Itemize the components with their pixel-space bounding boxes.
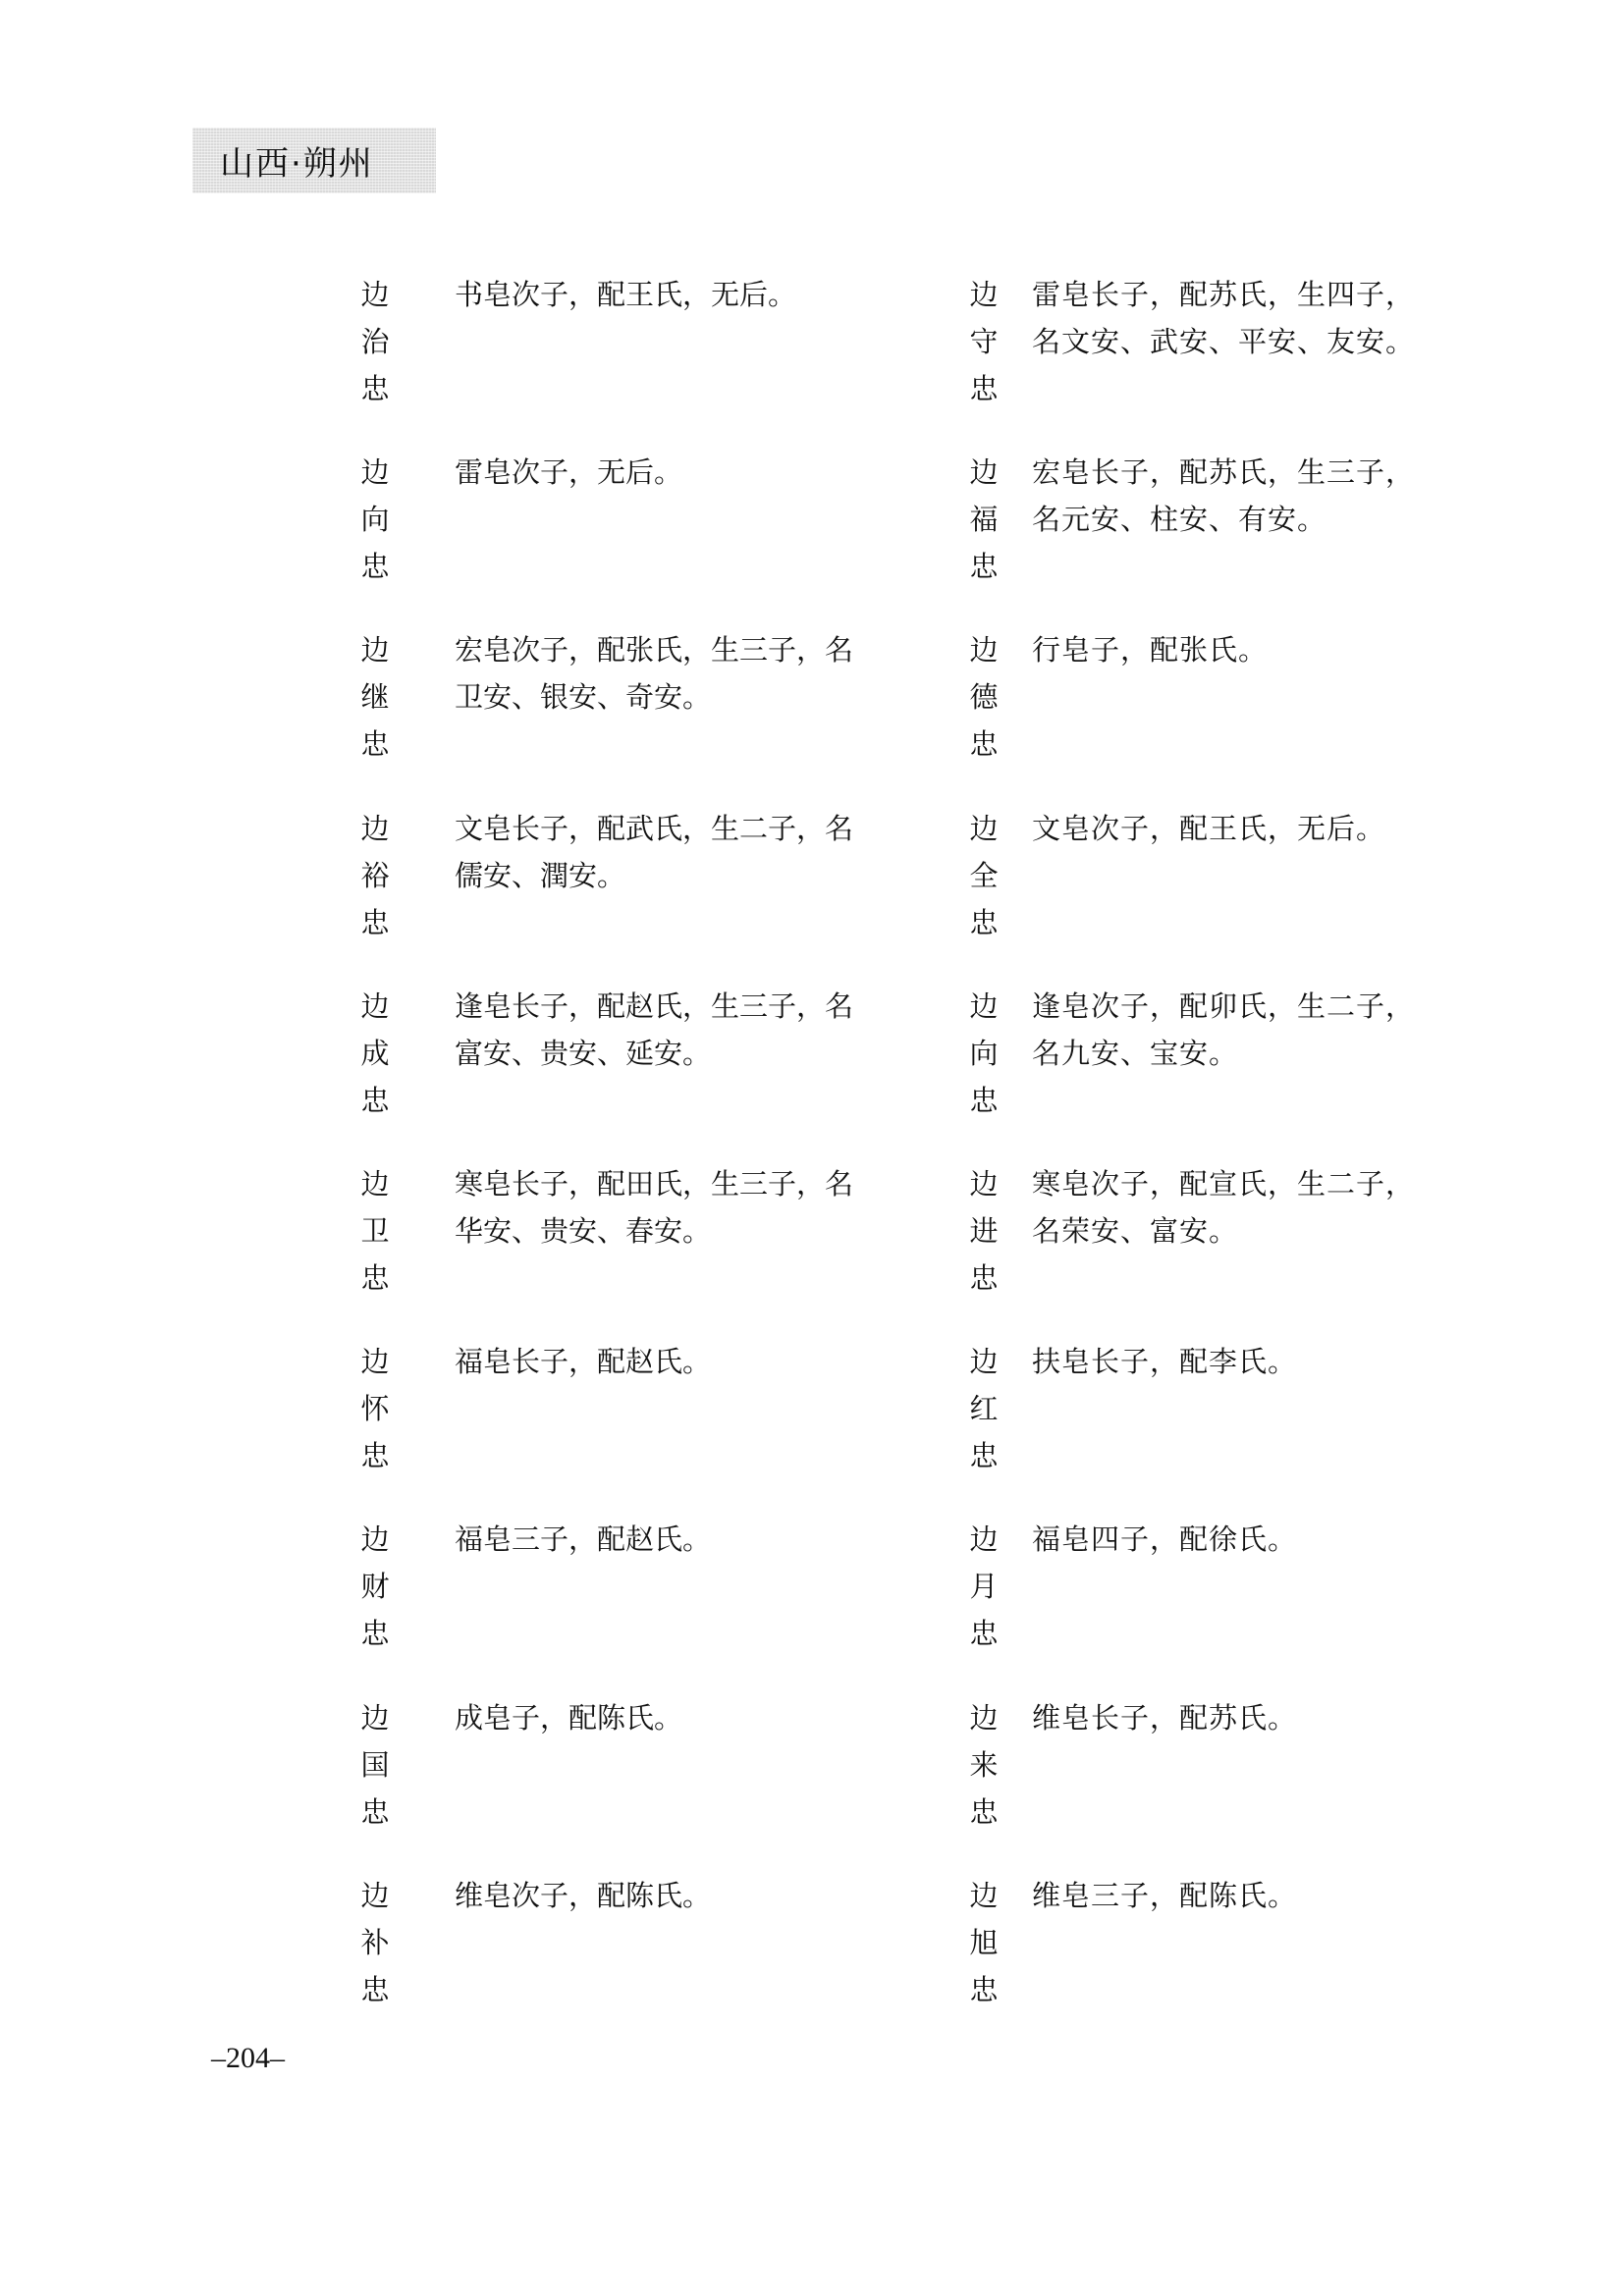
person-name: 边旭忠 — [967, 1872, 1001, 2013]
name-char: 红 — [967, 1385, 1001, 1432]
name-char: 边 — [358, 449, 392, 496]
name-char: 边 — [967, 449, 1001, 496]
description-line: 维皂三子，配陈氏。 — [1032, 1872, 1474, 1919]
name-char: 忠 — [358, 1077, 392, 1124]
description-line: 文皂次子，配王氏，无后。 — [1032, 805, 1474, 852]
person-description: 宏皂次子，配张氏，生三子，名卫安、银安、奇安。 — [455, 626, 877, 721]
name-char: 福 — [967, 496, 1001, 543]
person-name: 边月忠 — [967, 1516, 1001, 1657]
name-char: 补 — [358, 1919, 392, 1966]
name-char: 守 — [967, 318, 1001, 365]
name-char: 边 — [967, 1694, 1001, 1741]
person-name: 边继忠 — [358, 626, 392, 768]
name-char: 边 — [967, 805, 1001, 852]
person-description: 维皂次子，配陈氏。 — [455, 1872, 877, 1919]
name-char: 忠 — [358, 721, 392, 768]
person-name: 边来忠 — [967, 1694, 1001, 1836]
description-line: 寒皂次子，配宣氏，生二子， — [1032, 1160, 1474, 1207]
name-char: 旭 — [967, 1919, 1001, 1966]
description-line: 福皂长子，配赵氏。 — [455, 1338, 877, 1385]
person-name: 边财忠 — [358, 1516, 392, 1657]
name-char: 向 — [358, 496, 392, 543]
header-title: 山西·朔州 — [220, 136, 374, 185]
person-name: 边怀忠 — [358, 1338, 392, 1479]
person-description: 寒皂次子，配宣氏，生二子，名荣安、富安。 — [1032, 1160, 1474, 1255]
description-line: 华安、贵安、春安。 — [455, 1207, 877, 1255]
person-name: 边进忠 — [967, 1160, 1001, 1302]
name-char: 忠 — [967, 1077, 1001, 1124]
description-line: 书皂次子，配王氏，无后。 — [455, 271, 877, 318]
name-char: 边 — [967, 983, 1001, 1030]
name-char: 忠 — [967, 1789, 1001, 1836]
person-description: 宏皂长子，配苏氏，生三子，名元安、柱安、有安。 — [1032, 449, 1474, 543]
name-char: 忠 — [358, 1789, 392, 1836]
description-line: 名文安、武安、平安、友安。 — [1032, 318, 1474, 365]
name-char: 忠 — [967, 1432, 1001, 1479]
name-char: 边 — [358, 271, 392, 318]
name-char: 忠 — [358, 1610, 392, 1657]
description-line: 行皂子，配张氏。 — [1032, 626, 1474, 673]
name-char: 卫 — [358, 1207, 392, 1255]
name-char: 边 — [967, 271, 1001, 318]
person-description: 成皂子，配陈氏。 — [455, 1694, 877, 1741]
name-char: 来 — [967, 1741, 1001, 1789]
person-description: 雷皂长子，配苏氏，生四子，名文安、武安、平安、友安。 — [1032, 271, 1474, 365]
person-name: 边全忠 — [967, 805, 1001, 946]
description-line: 文皂长子，配武氏，生二子，名 — [455, 805, 877, 852]
description-line: 名元安、柱安、有安。 — [1032, 496, 1474, 543]
name-char: 边 — [967, 1872, 1001, 1919]
name-char: 边 — [358, 1516, 392, 1563]
description-line: 逢皂次子，配卯氏，生二子， — [1032, 983, 1474, 1030]
name-char: 边 — [358, 1338, 392, 1385]
name-char: 忠 — [967, 899, 1001, 946]
person-name: 边向忠 — [967, 983, 1001, 1124]
description-line: 雷皂次子，无后。 — [455, 449, 877, 496]
name-char: 边 — [358, 1694, 392, 1741]
person-name: 边德忠 — [967, 626, 1001, 768]
name-char: 忠 — [967, 543, 1001, 590]
person-name: 边向忠 — [358, 449, 392, 590]
name-char: 忠 — [967, 1255, 1001, 1302]
person-description: 文皂次子，配王氏，无后。 — [1032, 805, 1474, 852]
person-description: 寒皂长子，配田氏，生三子，名华安、贵安、春安。 — [455, 1160, 877, 1255]
name-char: 边 — [358, 805, 392, 852]
description-line: 福皂四子，配徐氏。 — [1032, 1516, 1474, 1563]
name-char: 边 — [967, 626, 1001, 673]
name-char: 忠 — [358, 1432, 392, 1479]
name-char: 忠 — [358, 1255, 392, 1302]
name-char: 财 — [358, 1563, 392, 1610]
name-char: 怀 — [358, 1385, 392, 1432]
description-line: 宏皂次子，配张氏，生三子，名 — [455, 626, 877, 673]
description-line: 儒安、潤安。 — [455, 852, 877, 899]
name-char: 向 — [967, 1030, 1001, 1077]
name-char: 忠 — [358, 1966, 392, 2013]
person-description: 维皂长子，配苏氏。 — [1032, 1694, 1474, 1741]
name-char: 裕 — [358, 852, 392, 899]
description-line: 卫安、银安、奇安。 — [455, 673, 877, 721]
person-name: 边守忠 — [967, 271, 1001, 412]
person-description: 福皂长子，配赵氏。 — [455, 1338, 877, 1385]
person-description: 维皂三子，配陈氏。 — [1032, 1872, 1474, 1919]
person-name: 边卫忠 — [358, 1160, 392, 1302]
name-char: 边 — [358, 983, 392, 1030]
person-description: 福皂三子，配赵氏。 — [455, 1516, 877, 1563]
description-line: 寒皂长子，配田氏，生三子，名 — [455, 1160, 877, 1207]
description-line: 福皂三子，配赵氏。 — [455, 1516, 877, 1563]
name-char: 边 — [358, 1160, 392, 1207]
name-char: 忠 — [358, 543, 392, 590]
person-name: 边国忠 — [358, 1694, 392, 1836]
description-line: 富安、贵安、延安。 — [455, 1030, 877, 1077]
name-char: 忠 — [967, 1610, 1001, 1657]
person-description: 书皂次子，配王氏，无后。 — [455, 271, 877, 318]
name-char: 成 — [358, 1030, 392, 1077]
person-description: 行皂子，配张氏。 — [1032, 626, 1474, 673]
name-char: 国 — [358, 1741, 392, 1789]
person-name: 边裕忠 — [358, 805, 392, 946]
name-char: 德 — [967, 673, 1001, 721]
name-char: 边 — [967, 1338, 1001, 1385]
name-char: 忠 — [358, 365, 392, 412]
name-char: 边 — [358, 1872, 392, 1919]
description-line: 扶皂长子，配李氏。 — [1032, 1338, 1474, 1385]
person-description: 文皂长子，配武氏，生二子，名儒安、潤安。 — [455, 805, 877, 899]
name-char: 忠 — [358, 899, 392, 946]
person-description: 扶皂长子，配李氏。 — [1032, 1338, 1474, 1385]
name-char: 全 — [967, 852, 1001, 899]
person-name: 边红忠 — [967, 1338, 1001, 1479]
name-char: 忠 — [967, 721, 1001, 768]
name-char: 进 — [967, 1207, 1001, 1255]
name-char: 边 — [967, 1160, 1001, 1207]
description-line: 名荣安、富安。 — [1032, 1207, 1474, 1255]
description-line: 维皂次子，配陈氏。 — [455, 1872, 877, 1919]
name-char: 忠 — [967, 365, 1001, 412]
person-name: 边成忠 — [358, 983, 392, 1124]
name-char: 忠 — [967, 1966, 1001, 2013]
name-char: 继 — [358, 673, 392, 721]
description-line: 名九安、宝安。 — [1032, 1030, 1474, 1077]
person-name: 边补忠 — [358, 1872, 392, 2013]
page-number: –204– — [211, 2042, 285, 2075]
name-char: 治 — [358, 318, 392, 365]
description-line: 成皂子，配陈氏。 — [455, 1694, 877, 1741]
description-line: 宏皂长子，配苏氏，生三子， — [1032, 449, 1474, 496]
person-description: 雷皂次子，无后。 — [455, 449, 877, 496]
description-line: 雷皂长子，配苏氏，生四子， — [1032, 271, 1474, 318]
description-line: 逢皂长子，配赵氏，生三子，名 — [455, 983, 877, 1030]
person-name: 边治忠 — [358, 271, 392, 412]
name-char: 边 — [358, 626, 392, 673]
name-char: 月 — [967, 1563, 1001, 1610]
description-line: 维皂长子，配苏氏。 — [1032, 1694, 1474, 1741]
running-header: 山西·朔州 — [192, 128, 436, 193]
person-description: 逢皂长子，配赵氏，生三子，名富安、贵安、延安。 — [455, 983, 877, 1077]
name-char: 边 — [967, 1516, 1001, 1563]
person-description: 福皂四子，配徐氏。 — [1032, 1516, 1474, 1563]
person-name: 边福忠 — [967, 449, 1001, 590]
person-description: 逢皂次子，配卯氏，生二子，名九安、宝安。 — [1032, 983, 1474, 1077]
